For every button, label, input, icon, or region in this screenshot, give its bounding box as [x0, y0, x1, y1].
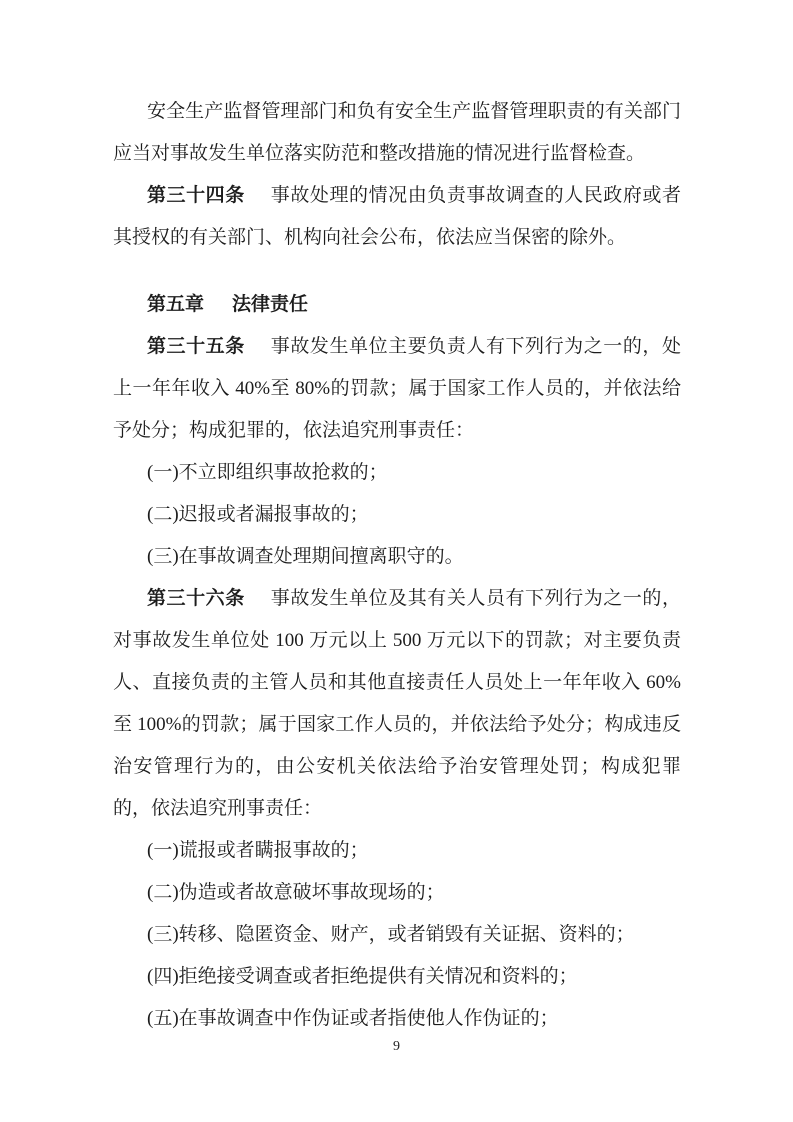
article-35-item-3: (三)在事故调查处理期间擅离职守的。 — [113, 536, 681, 578]
article-36-text: 事故发生单位及其有关人员有下列行为之一的，对事故发生单位处 100 万元以上 5… — [113, 588, 681, 819]
chapter-title: 法律责任 — [232, 294, 308, 315]
article-36-item-1: (一)谎报或者瞒报事故的； — [113, 830, 681, 872]
article-35-paragraph: 第三十五条事故发生单位主要负责人有下列行为之一的，处上一年年收入 40%至 80… — [113, 326, 681, 452]
article-36-number: 第三十六条 — [147, 588, 245, 609]
intro-paragraph: 安全生产监督管理部门和负有安全生产监督管理职责的有关部门应当对事故发生单位落实防… — [113, 91, 681, 175]
article-34-paragraph: 第三十四条事故处理的情况由负责事故调查的人民政府或者其授权的有关部门、机构向社会… — [113, 175, 681, 259]
article-36-item-5: (五)在事故调查中作伪证或者指使他人作伪证的； — [113, 998, 681, 1040]
article-36-paragraph: 第三十六条事故发生单位及其有关人员有下列行为之一的，对事故发生单位处 100 万… — [113, 578, 681, 830]
chapter-number: 第五章 — [147, 294, 204, 315]
article-36-item-3: (三)转移、隐匿资金、财产，或者销毁有关证据、资料的； — [113, 914, 681, 956]
article-35-item-1: (一)不立即组织事故抢救的； — [113, 452, 681, 494]
document-page: 安全生产监督管理部门和负有安全生产监督管理职责的有关部门应当对事故发生单位落实防… — [0, 0, 793, 1122]
document-body: 安全生产监督管理部门和负有安全生产监督管理职责的有关部门应当对事故发生单位落实防… — [113, 91, 681, 1040]
article-35-number: 第三十五条 — [147, 336, 245, 357]
article-36-item-4: (四)拒绝接受调查或者拒绝提供有关情况和资料的； — [113, 956, 681, 998]
article-34-number: 第三十四条 — [147, 185, 245, 206]
page-number: 9 — [0, 1038, 793, 1056]
chapter-heading: 第五章法律责任 — [113, 284, 681, 326]
article-36-item-2: (二)伪造或者故意破坏事故现场的； — [113, 872, 681, 914]
article-35-item-2: (二)迟报或者漏报事故的； — [113, 494, 681, 536]
